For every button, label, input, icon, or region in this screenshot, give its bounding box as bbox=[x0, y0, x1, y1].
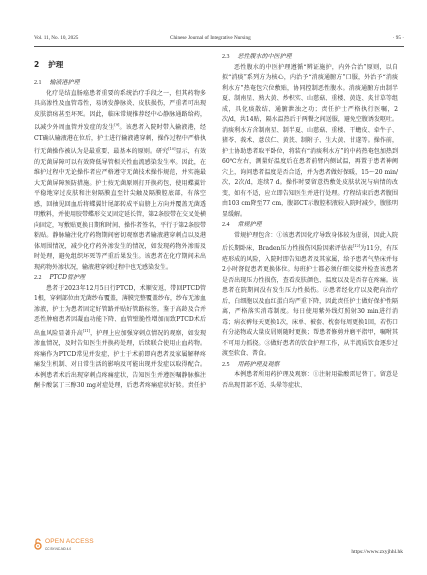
subsection-number: 2.5 bbox=[222, 362, 230, 368]
paragraph: 恶性腹水的中医护理遵循“辨证施护，内外合治”原则，以自拟“消痰”系列方为核心，内… bbox=[222, 63, 398, 221]
paragraph: 本例患者所用药护理及观察：①注射用盐酸雷尼替丁。留意是否出现胃部不适、头晕等症状… bbox=[222, 370, 398, 391]
subsection-heading-2-3: 2.3恶性腹水的中医护理 bbox=[222, 52, 398, 63]
citation[interactable]: [11] bbox=[83, 329, 90, 333]
paragraph: 常规护理包含：①该患者因化疗导致身体较为虚弱，因此入院后长期卧床，Braden压… bbox=[222, 231, 398, 360]
running-header: Vol. 11, No. 10, 2025 Chinese Journal of… bbox=[34, 35, 404, 45]
subsection-title: 恶性腹水的中医护理 bbox=[238, 53, 292, 60]
right-column: 2.3恶性腹水的中医护理 恶性腹水的中医护理遵循“辨证施护，内外合治”原则，以自… bbox=[222, 52, 398, 391]
subsection-heading-2-1: 2.1输液港护理 bbox=[34, 78, 206, 89]
open-access-badge: OPEN ACCESS CC BY-NC-ND 4.0 bbox=[34, 538, 124, 560]
page-number: · 95 · bbox=[393, 35, 404, 41]
paragraph-text: 本例患者所用药护理及观察：①注射用盐酸雷尼替丁。留意是否出现胃部不适、头晕等症状… bbox=[222, 371, 398, 389]
subsection-number: 2.2 bbox=[34, 275, 42, 281]
subsection-number: 2.3 bbox=[222, 54, 230, 60]
subsection-number: 2.4 bbox=[222, 222, 230, 228]
section-title: 护理 bbox=[48, 60, 63, 69]
section-heading: 2护理 bbox=[34, 58, 206, 72]
paragraph: 化疗是结直肠癌患者重要的系统治疗手段之一，但其药物多具高渗性及血管毒性，易诱发静… bbox=[34, 89, 206, 274]
subsection-title: 常规护理 bbox=[238, 221, 262, 228]
subsection-heading-2-2: 2.2PTCD管护理 bbox=[34, 273, 206, 284]
paragraph: 患者于2023年12月5日行PTCD，术顺安返，带回PTCD管1根，穿刺部位由无… bbox=[34, 284, 206, 389]
volume-info: Vol. 11, No. 10, 2025 bbox=[34, 35, 78, 41]
subsection-title: PTCD管护理 bbox=[50, 274, 85, 281]
subsection-heading-2-4: 2.4常规护理 bbox=[222, 220, 398, 231]
left-column: 2护理 2.1输液港护理 化疗是结直肠癌患者重要的系统治疗手段之一，但其药物多具… bbox=[34, 52, 206, 389]
paragraph-text: 显示，有效的无菌屏障可以有效降低导管相关性血流感染发生率。因此，在维护过程中无论… bbox=[34, 148, 206, 271]
subsection-heading-2-5: 2.5用药护理及观察 bbox=[222, 360, 398, 371]
subsection-title: 用药护理及观察 bbox=[238, 361, 280, 368]
journal-url[interactable]: https://www.zxyjhhl.hk bbox=[351, 549, 403, 555]
paragraph-text: 为11分，有压疮形成的风险，入院时即告知患者及其家属，给予患者气垫床并每2小时督… bbox=[222, 245, 398, 357]
paragraph-text: 恶性腹水的中医护理遵循“辨证施护，内外合治”原则，以自拟“消痰”系列方为核心，内… bbox=[222, 64, 398, 218]
subsection-number: 2.1 bbox=[34, 80, 42, 86]
open-access-label: OPEN ACCESS bbox=[45, 538, 94, 545]
paragraph-text: ，护理上应加强穿刺点情况的观察，如发现渗血情况，及时告知医生并换药处理，后续联合… bbox=[34, 330, 206, 389]
subsection-title: 输液港护理 bbox=[50, 79, 80, 86]
section-number: 2 bbox=[34, 60, 39, 69]
license-label: CC BY-NC-ND 4.0 bbox=[45, 547, 71, 551]
open-lock-icon bbox=[34, 538, 42, 550]
header-divider bbox=[34, 46, 404, 47]
citation[interactable]: [9] bbox=[114, 123, 119, 127]
journal-name: Chinese Journal of Integrative Nursing bbox=[170, 35, 251, 41]
